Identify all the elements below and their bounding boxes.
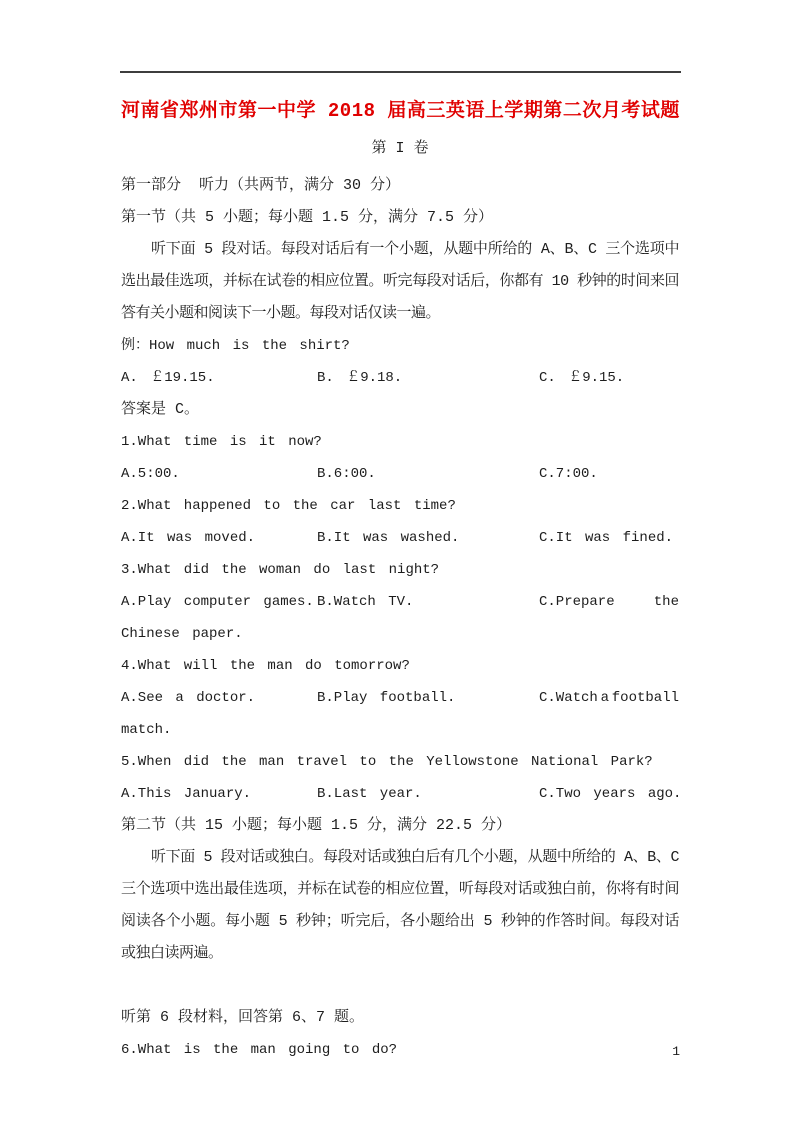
- question-3-option-c-word: C.Prepare: [539, 586, 615, 618]
- question-5-option-c: C.Two years ago.: [539, 778, 679, 810]
- header-divider: [120, 71, 681, 73]
- question-5-options-row: A.This January. B.Last year. C.Two years…: [121, 778, 679, 810]
- question-4-option-c-word: football: [612, 682, 679, 714]
- question-4-option-c-word: C.Watch: [539, 682, 598, 714]
- volume-heading: 第 I 卷: [121, 134, 679, 164]
- question-1-option-a: A.5:00.: [121, 458, 317, 490]
- question-1-options-row: A.5:00. B.6:00. C.7:00.: [121, 458, 679, 490]
- question-3-option-c-overflow: Chinese paper.: [121, 618, 679, 650]
- example-option-b: B. ￡9.18.: [317, 362, 539, 394]
- question-5-prompt: 5.When did the man travel to the Yellows…: [121, 746, 679, 778]
- example-option-c: C. ￡9.15.: [539, 362, 679, 394]
- question-4-option-c-overflow: match.: [121, 714, 679, 746]
- section2-instructions: 听下面 5 段对话或独白。每段对话或独白后有几个小题，从题中所给的 A、B、C …: [121, 842, 679, 970]
- question-1-option-c: C.7:00.: [539, 458, 679, 490]
- question-5-option-a: A.This January.: [121, 778, 317, 810]
- example-answer: 答案是 C。: [121, 394, 679, 426]
- page-content: 河南省郑州市第一中学 2018 届高三英语上学期第二次月考试题 第 I 卷 第一…: [121, 96, 679, 1066]
- exam-document-page: 河南省郑州市第一中学 2018 届高三英语上学期第二次月考试题 第 I 卷 第一…: [0, 0, 800, 1132]
- question-4-option-b: B.Play football.: [317, 682, 539, 714]
- section1-heading: 第一节（共 5 小题；每小题 1.5 分，满分 7.5 分）: [121, 202, 679, 234]
- question-2-option-b: B.It was washed.: [317, 522, 539, 554]
- question-4-prompt: 4.What will the man do tomorrow?: [121, 650, 679, 682]
- material-6-intro: 听第 6 段材料，回答第 6、7 题。: [121, 1002, 679, 1034]
- question-3-option-b: B.Watch TV.: [317, 586, 539, 618]
- question-2-option-c: C.It was fined.: [539, 522, 679, 554]
- example-prompt: 例：How much is the shirt?: [121, 330, 679, 362]
- question-3-options-row: A.Play computer games. B.Watch TV. C.Pre…: [121, 586, 679, 618]
- blank-line: [121, 970, 679, 1002]
- question-2-prompt: 2.What happened to the car last time?: [121, 490, 679, 522]
- question-4-option-a: A.See a doctor.: [121, 682, 317, 714]
- question-6-prompt: 6.What is the man going to do?: [121, 1034, 679, 1066]
- question-4-option-c: C.Watch a football: [539, 682, 679, 714]
- question-2-option-a: A.It was moved.: [121, 522, 317, 554]
- question-5-option-b: B.Last year.: [317, 778, 539, 810]
- question-2-options-row: A.It was moved. B.It was washed. C.It wa…: [121, 522, 679, 554]
- section2-heading: 第二节（共 15 小题；每小题 1.5 分，满分 22.5 分）: [121, 810, 679, 842]
- example-option-a: A. ￡19.15.: [121, 362, 317, 394]
- section1-instructions: 听下面 5 段对话。每段对话后有一个小题，从题中所给的 A、B、C 三个选项中选…: [121, 234, 679, 330]
- question-3-option-c: C.Prepare the: [539, 586, 679, 618]
- question-1-option-b: B.6:00.: [317, 458, 539, 490]
- question-4-option-c-word: a: [601, 682, 609, 714]
- question-1-prompt: 1.What time is it now?: [121, 426, 679, 458]
- question-3-prompt: 3.What did the woman do last night?: [121, 554, 679, 586]
- document-title: 河南省郑州市第一中学 2018 届高三英语上学期第二次月考试题: [121, 96, 679, 126]
- question-4-options-row: A.See a doctor. B.Play football. C.Watch…: [121, 682, 679, 714]
- question-3-option-a: A.Play computer games.: [121, 586, 317, 618]
- question-3-option-c-word: the: [654, 586, 679, 618]
- part1-heading: 第一部分 听力（共两节，满分 30 分）: [121, 170, 679, 202]
- page-number: 1: [672, 1042, 680, 1062]
- document-body: 第一部分 听力（共两节，满分 30 分） 第一节（共 5 小题；每小题 1.5 …: [121, 170, 679, 1066]
- example-options-row: A. ￡19.15. B. ￡9.18. C. ￡9.15.: [121, 362, 679, 394]
